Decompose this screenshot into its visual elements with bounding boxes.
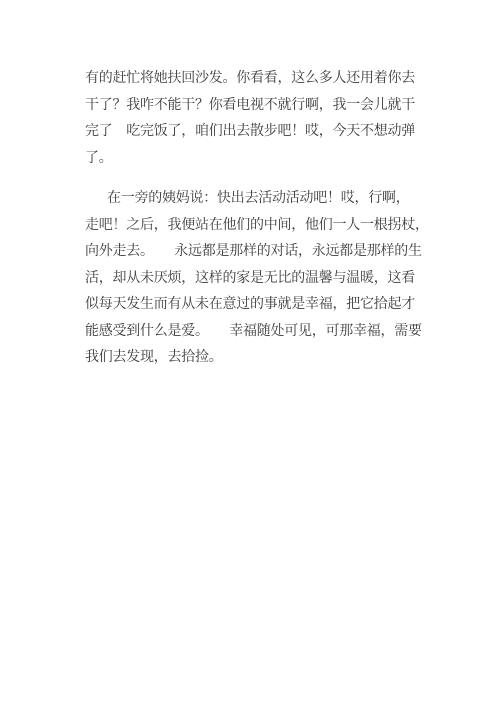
text-line: 向外走去。 永远都是那样的对话，永远都是那样的生	[85, 239, 417, 266]
text-line: 似每天发生而有从未在意过的事就是幸福，把它拾起才	[85, 292, 417, 319]
text-line: 有的赶忙将她扶回沙发。你看看，这么多人还用着你去	[85, 66, 417, 93]
text-line: 了。	[85, 146, 417, 173]
document-canvas: { "colors": { "background": "#ffffff", "…	[0, 0, 500, 708]
text-line: 能感受到什么是爱。 幸福随处可见，可那幸福，需要	[85, 319, 417, 346]
text-line: 走吧！之后，我便站在他们的中间，他们一人一根拐杖，	[85, 213, 417, 240]
text-line: 完了 吃完饭了，咱们出去散步吧！哎，今天不想动弹	[85, 119, 417, 146]
text-block: 有的赶忙将她扶回沙发。你看看，这么多人还用着你去 干了？我咋不能干？你看电视不就…	[85, 66, 417, 386]
text-line: 在一旁的姨妈说：快出去活动活动吧！哎，行啊，	[85, 186, 417, 213]
text-line: 我们去发现，去拾捡。	[85, 345, 417, 372]
text-line: 活，却从未厌烦，这样的家是无比的温馨与温暖，这看	[85, 266, 417, 293]
text-line: 干了？我咋不能干？你看电视不就行啊，我一会儿就干	[85, 93, 417, 120]
document-page: 有的赶忙将她扶回沙发。你看看，这么多人还用着你去 干了？我咋不能干？你看电视不就…	[0, 0, 500, 708]
